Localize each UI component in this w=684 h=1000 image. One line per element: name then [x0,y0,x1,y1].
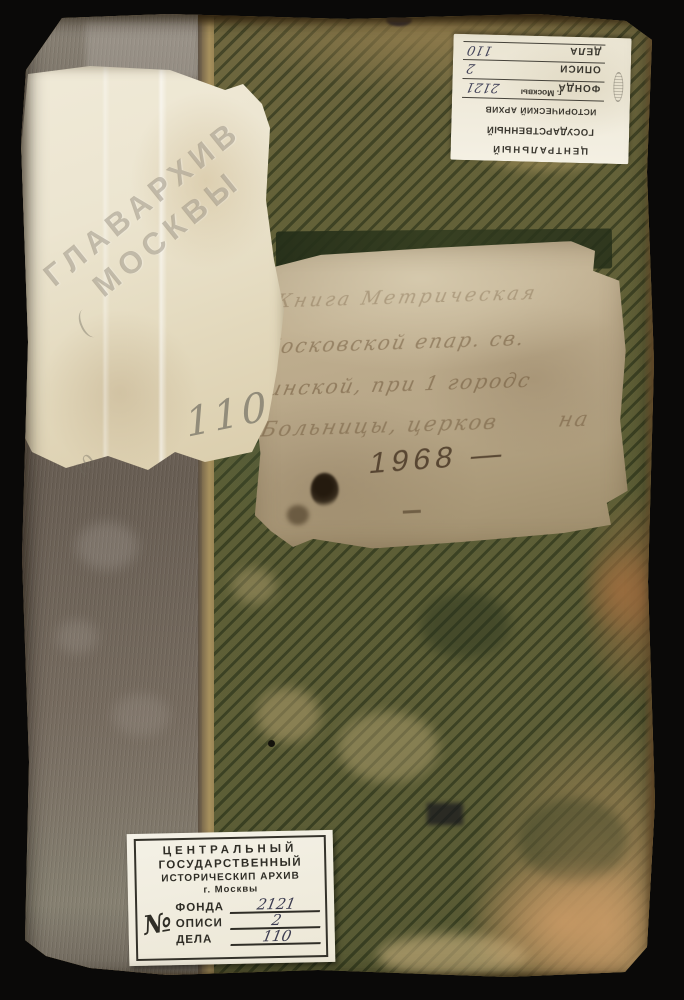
spine-stain [112,694,170,736]
corner-wear [468,857,664,987]
year-handwriting: 1968 — [367,437,510,481]
wear-patch [338,712,438,782]
field-label: ДЕЛА [176,933,232,947]
stamp-frame: ЦЕНТРАЛЬНЫЙ ГОСУДАРСТВЕННЫЙ ИСТОРИЧЕСКИП… [134,835,329,961]
wear-patch [232,568,276,604]
dark-stain [420,592,510,658]
field-value-handwritten: 2 [465,60,476,75]
cover-bottom-edge [68,970,660,988]
stamp-fields: ФОНДА 2121 ОПИСИ 2 ДЕЛА 110 [462,41,605,102]
spine-stain [76,522,138,570]
field-label: ОПИСИ [559,62,601,74]
field-value-handwritten: 2121 [465,79,501,95]
numero-sign: № [141,907,174,941]
dela-row: ДЕЛА 110 [176,929,322,947]
ink-dot [268,740,275,747]
title-label: Книга Метрическая Московской епар. св. н… [251,241,629,550]
cover-top-edge [198,12,664,27]
dela-row: ДЕЛА 110 [463,41,605,64]
pen-dash [403,510,421,514]
cover-right-edge [644,12,664,988]
field-label: ОПИСИ [176,917,232,931]
ink-blot [311,473,339,507]
fonda-row: ФОНДА 2121 [462,79,604,102]
handwriting-line-2: Московской епар. св. [256,326,528,359]
field-label: ФОНДА [557,81,600,93]
stamp-fields: № ФОНДА 2121 ОПИСИ 2 ДЕЛА 110 [141,896,322,949]
ink-stain [287,505,309,525]
book-cover: Книга Метрическая Московской епар. св. н… [18,12,664,988]
dark-stain [427,803,463,825]
field-value-handwritten: 110 [466,42,494,58]
photo-background: Книга Метрическая Московской епар. св. н… [0,0,684,1000]
handwriting-line-4: Больницы, церков на [259,407,592,442]
spine-stain [56,620,98,654]
handwriting-line-1: Книга Метрическая [274,282,540,313]
field-label: ФОНДА [175,901,231,915]
field-value-handwritten: 110 [231,929,324,946]
wear-patch [256,688,320,742]
handwriting-line-3: нинской, при 1 городс [251,368,535,401]
field-label: ДЕЛА [569,45,601,57]
archive-stamp-top: ЦЕНТРАЛЬНЫЙ ГОСУДАРСТВЕННЫЙ ИСТОРИЧЕСКИЙ… [450,34,631,165]
stamp-rows: ФОНДА 2121 ОПИСИ 2 ДЕЛА 110 [175,896,322,948]
archive-stamp-bottom: ЦЕНТРАЛЬНЫЙ ГОСУДАРСТВЕННЫЙ ИСТОРИЧЕСКИП… [127,830,336,966]
